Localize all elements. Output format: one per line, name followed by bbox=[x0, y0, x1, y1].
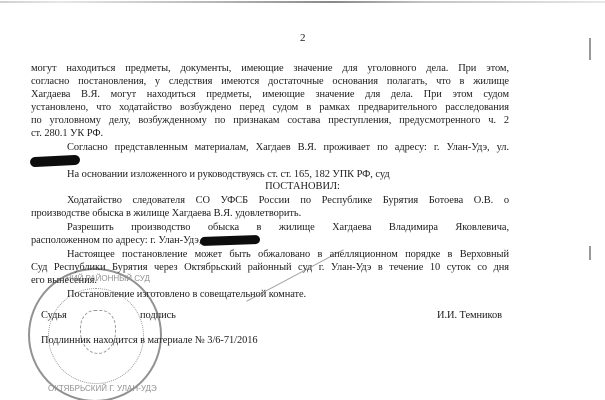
paragraph-line: по уголовному делу, возбужденному по при… bbox=[31, 114, 509, 127]
paragraph-line: Разрешить производство обыска в жилище Х… bbox=[67, 221, 509, 234]
seal-text-top: НИЙ РАЙОННЫЙ СУД bbox=[66, 274, 150, 283]
scan-border-top bbox=[0, 1, 605, 3]
paragraph-line: производстве обыска в жилище Хагдаева В.… bbox=[31, 207, 509, 220]
ruling-heading: ПОСТАНОВИЛ: bbox=[0, 181, 605, 192]
coat-of-arms-icon bbox=[80, 310, 116, 354]
scan-edge-mark bbox=[589, 38, 591, 60]
seal-text-bottom: ОКТЯБРЬСКИЙ Г. УЛАН-УДЭ bbox=[48, 384, 157, 393]
scan-edge-mark bbox=[589, 246, 591, 260]
paragraph-line: установлено, что ходатайство возбуждено … bbox=[31, 101, 509, 114]
paragraph-line: согласно постановления, у следствия имею… bbox=[31, 75, 509, 88]
paragraph-line: Согласно представленным материалам, Хагд… bbox=[67, 141, 509, 154]
paragraph-line: Хагдаева В.Я. могут находиться предметы,… bbox=[31, 88, 509, 101]
paragraph-line: На основании изложенного и руководствуяс… bbox=[67, 168, 509, 181]
paragraph-line: могут находиться предметы, документы, им… bbox=[31, 62, 509, 75]
paragraph-line: расположенном по адресу: г. Улан-Удэ, bbox=[31, 234, 509, 247]
paragraph-line: ст. 280.1 УК РФ. bbox=[31, 127, 509, 140]
paragraph-line: Ходатайство следователя СО УФСБ России п… bbox=[67, 194, 509, 207]
page-number: 2 bbox=[300, 32, 306, 44]
court-seal-stamp: НИЙ РАЙОННЫЙ СУД ОКТЯБРЬСКИЙ Г. УЛАН-УДЭ bbox=[28, 268, 162, 400]
paragraph-line: Настоящее постановление может быть обжал… bbox=[67, 248, 509, 261]
judge-name: И.И. Темников bbox=[437, 309, 517, 322]
redaction-street bbox=[30, 155, 80, 168]
